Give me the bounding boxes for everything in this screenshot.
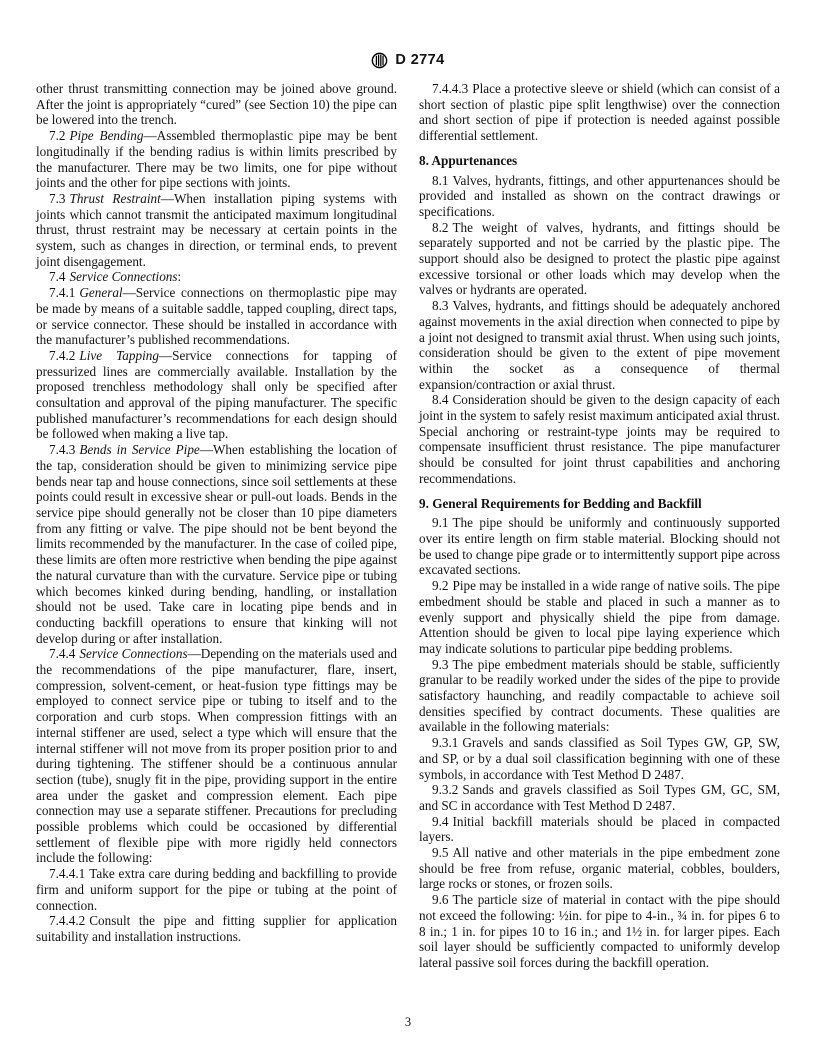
paragraph-9-3-2: 9.3.2Sands and gravels classified as Soi… [419,782,780,813]
paragraph-9-4: 9.4Initial backfill materials should be … [419,814,780,845]
section-heading-8: 8. Appurtenances [419,153,780,169]
paragraph-continuation: other thrust transmitting connection may… [36,81,397,128]
paragraph-7-4-4-3: 7.4.4.3Place a protective sleeve or shie… [419,81,780,144]
paragraph-9-1: 9.1The pipe should be uniformly and cont… [419,515,780,578]
document-header: D 2774 [36,0,780,70]
paragraph-7-4-2: 7.4.2Live Tapping—Service connections fo… [36,348,397,442]
paragraph-9-3-1: 9.3.1Gravels and sands classified as Soi… [419,735,780,782]
paragraph-8-4: 8.4Consideration should be given to the … [419,392,780,486]
paragraph-7-4: 7.4Service Connections: [36,269,397,285]
paragraph-7-4-1: 7.4.1General—Service connections on ther… [36,285,397,348]
doc-designation: D 2774 [395,52,444,68]
document-page: D 2774 other thrust transmitting connect… [0,0,816,1056]
paragraph-7-4-3: 7.4.3Bends in Service Pipe—When establis… [36,442,397,646]
paragraph-7-4-4-1: 7.4.4.1Take extra care during bedding an… [36,866,397,913]
paragraph-9-6: 9.6The particle size of material in cont… [419,892,780,971]
two-column-body: other thrust transmitting connection may… [36,81,780,971]
paragraph-7-4-4: 7.4.4Service Connections—Depending on th… [36,646,397,866]
paragraph-9-2: 9.2Pipe may be installed in a wide range… [419,578,780,657]
paragraph-8-3: 8.3Valves, hydrants, and fittings should… [419,298,780,392]
paragraph-8-2: 8.2The weight of valves, hydrants, and f… [419,220,780,299]
paragraph-8-1: 8.1Valves, hydrants, fittings, and other… [419,173,780,220]
paragraph-7-4-4-2: 7.4.4.2Consult the pipe and fitting supp… [36,913,397,944]
paragraph-9-5: 9.5All native and other materials in the… [419,845,780,892]
right-column: 7.4.4.3Place a protective sleeve or shie… [419,81,780,971]
paragraph-7-2: 7.2Pipe Bending—Assembled thermoplastic … [36,128,397,191]
page-number: 3 [0,1015,816,1030]
astm-logo-icon [371,52,388,69]
paragraph-7-3: 7.3Thrust Restraint—When installation pi… [36,191,397,270]
section-heading-9: 9. General Requirements for Bedding and … [419,496,780,512]
paragraph-9-3: 9.3The pipe embedment materials should b… [419,657,780,736]
left-column: other thrust transmitting connection may… [36,81,397,971]
